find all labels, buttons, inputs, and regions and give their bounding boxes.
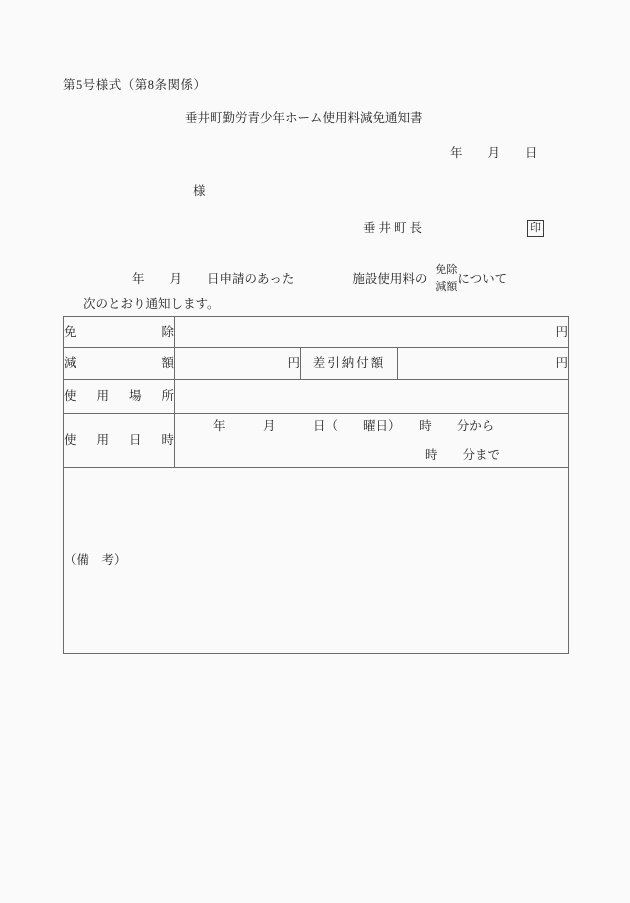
application-date-text: 年 月 日申請のあった — [132, 272, 294, 287]
reduction-label: 減額 — [64, 348, 175, 380]
notification-paragraph: 年 月 日申請のあった 施設使用料の 免除 減額 について 次のとおり通知します… — [63, 262, 568, 312]
choice-exemption-text: 免除 — [435, 262, 457, 279]
issue-date-placeholder: 年 月 日 — [450, 146, 538, 161]
form-number: 第5号様式（第8条関係） — [63, 78, 207, 93]
balance-due-label: 差引納付額 — [301, 348, 398, 380]
notice-table: 免除 円 減額 円 差引納付額 円 使用場所 使用日時 年 月 日（ 曜日） 時… — [63, 316, 569, 654]
remarks-label: （備 考） — [64, 553, 127, 567]
reduction-amount-cell: 円 — [175, 348, 301, 380]
table-row-reduction: 減額 円 差引納付額 円 — [64, 348, 569, 380]
datetime-label: 使用日時 — [64, 414, 175, 468]
exemption-amount-cell: 円 — [175, 317, 569, 348]
balance-due-amount-cell: 円 — [398, 348, 569, 380]
table-row-datetime: 使用日時 年 月 日（ 曜日） 時 分から 時 分まで — [64, 414, 569, 468]
about-suffix-text: について — [457, 272, 507, 287]
paragraph-line1: 年 月 日申請のあった 施設使用料の 免除 減額 について — [63, 262, 568, 296]
paragraph-line2: 次のとおり通知します。 — [83, 297, 568, 312]
document-title: 垂井町勤労青少年ホーム使用料減免通知書 — [185, 111, 423, 126]
remarks-cell: （備 考） — [64, 468, 569, 654]
place-label: 使用場所 — [64, 380, 175, 414]
addressee-suffix: 様 — [193, 184, 206, 199]
facility-fee-text: 施設使用料の — [352, 272, 427, 287]
exemption-label: 免除 — [64, 317, 175, 348]
seal-mark: 印 — [527, 220, 544, 237]
table-row-remarks: （備 考） — [64, 468, 569, 654]
table-row-place: 使用場所 — [64, 380, 569, 414]
exemption-reduction-stack: 免除 減額 — [435, 262, 457, 296]
datetime-value-cell: 年 月 日（ 曜日） 時 分から 時 分まで — [175, 414, 569, 468]
datetime-to-line: 時 分まで — [175, 448, 568, 463]
place-value-cell — [175, 380, 569, 414]
form-page: 第5号様式（第8条関係） 垂井町勤労青少年ホーム使用料減免通知書 年 月 日 様… — [0, 0, 630, 903]
table-row-exemption: 免除 円 — [64, 317, 569, 348]
datetime-from-line: 年 月 日（ 曜日） 時 分から — [175, 419, 568, 434]
issuer-title: 垂井町長 — [363, 221, 425, 236]
choice-reduction-text: 減額 — [435, 279, 457, 296]
